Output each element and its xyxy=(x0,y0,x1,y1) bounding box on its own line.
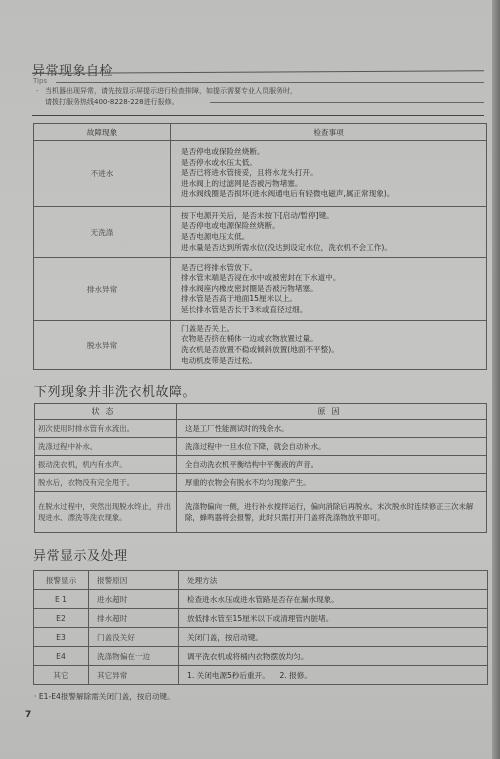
table-header-row: 状态 原因 xyxy=(35,404,487,420)
reason-cell: 洗涤过程中一旦水位下降，就会自动补水。 xyxy=(177,438,487,456)
check-item: 是否已将排水管放下。 xyxy=(181,263,486,274)
column-header-cause: 报警原因 xyxy=(89,571,179,590)
check-item: 排水管是否高于地面15厘米以上。 xyxy=(181,294,486,305)
state-cell: 振动洗衣机，机内有水声。 xyxy=(35,456,177,474)
section-title-error-codes: 异常显示及处理 xyxy=(33,545,128,564)
check-item: 是否已将进水管接妥，且将水龙头打开。 xyxy=(181,168,486,179)
error-cause-cell: 排水超时 xyxy=(89,609,179,628)
table-row: 初次使用时排水管有水流出。 这是工厂性能测试时的残余水。 xyxy=(35,420,487,438)
table-row: 洗涤过程中补水。 洗涤过程中一旦水位下降，就会自动补水。 xyxy=(35,438,487,456)
error-cause-cell: 洗涤物偏在一边 xyxy=(89,647,179,666)
error-action-cell: 调平洗衣机或将桶内衣物摆放均匀。 xyxy=(179,647,488,666)
table-row: 脱水异常 门盖是否关上。 衣物是否挤在桶体一边或衣物放置过量。 洗衣机是否放置不… xyxy=(34,321,487,370)
symptom-cell: 不进水 xyxy=(34,141,171,207)
column-header-symptom: 故障现象 xyxy=(34,124,171,141)
error-code-cell: E 1 xyxy=(34,590,89,609)
troubleshoot-table: 故障现象 检查事项 不进水 是否停电或保险丝烧断。 是否停水或水压太低。 是否已… xyxy=(33,123,487,370)
checks-cell: 门盖是否关上。 衣物是否挤在桶体一边或衣物放置过量。 洗衣机是否放置不稳或倾斜放… xyxy=(171,321,487,370)
error-code-table: 报警显示 报警原因 处理方法 E 1 进水超时 检查进水水压或进水管路是否存在漏… xyxy=(33,570,488,685)
symptom-cell: 无洗涤 xyxy=(34,207,171,258)
error-action-cell: 检查进水水压或进水管路是否存在漏水现象。 xyxy=(179,590,488,609)
reason-cell: 厚重的衣物会有脱水不均匀现象产生。 xyxy=(177,474,487,492)
tips-end-rule xyxy=(210,102,484,103)
error-cause-cell: 门盖没关好 xyxy=(89,628,179,647)
error-action-cell: 放低排水管至15厘米以下或清理管内脏堵。 xyxy=(179,609,488,628)
table-row: 振动洗衣机，机内有水声。 全自动洗衣机平衡结构中平衡液的声音。 xyxy=(35,456,487,474)
tips-bullet: · xyxy=(36,86,38,96)
check-item: 是否停水或水压太低。 xyxy=(181,158,486,169)
check-item: 进水阀线圈是否损坏(进水阀通电后有轻微电磁声,属正常现象)。 xyxy=(181,189,486,200)
error-code-cell: E2 xyxy=(34,609,89,628)
check-item: 是否电源电压太低。 xyxy=(181,232,486,243)
column-header-checks: 检查事项 xyxy=(171,124,487,141)
check-item: 电动机皮带是否过松。 xyxy=(181,356,486,367)
state-cell: 洗涤过程中补水。 xyxy=(35,438,177,456)
page-number: 7 xyxy=(25,710,31,720)
check-item: 是否停电或保险丝烧断。 xyxy=(181,147,486,158)
footnote: · E1-E4报警解除需关闭门盖，按启动键。 xyxy=(34,691,175,702)
symptom-cell: 排水异常 xyxy=(34,258,171,321)
tips-line-2: 请拨打服务热线400-8228-228进行报修。 xyxy=(45,97,179,107)
check-item: 排水管末端是否浸在水中或被密封在下水道中。 xyxy=(181,273,486,284)
table-row: 不进水 是否停电或保险丝烧断。 是否停水或水压太低。 是否已将进水管接妥，且将水… xyxy=(34,141,487,207)
symptom-cell: 脱水异常 xyxy=(34,321,171,370)
table-row: 在脱水过程中，突然出现脱水终止，并出现进水、漂洗等洗衣现象。 洗涤物偏向一侧，进… xyxy=(35,492,487,533)
table-row: 排水异常 是否已将排水管放下。 排水管末端是否浸在水中或被密封在下水道中。 排水… xyxy=(34,258,487,321)
check-item: 是否停电或电源保险丝烧断。 xyxy=(181,221,486,232)
page-edge-shadow xyxy=(492,0,500,759)
state-cell: 初次使用时排水管有水流出。 xyxy=(35,420,177,438)
table-row: 无洗涤 按下电源开关后，是否未按下[启动/暂停]键。 是否停电或电源保险丝烧断。… xyxy=(34,207,487,258)
table-row: E 1 进水超时 检查进水水压或进水管路是否存在漏水现象。 xyxy=(34,590,488,609)
reason-cell: 洗涤物偏向一侧，进行补水搅拌运行，偏向消除后再脱水。末次脱水时连续修正三次未解除… xyxy=(177,492,487,533)
error-cause-cell: 进水超时 xyxy=(89,590,179,609)
checks-cell: 按下电源开关后，是否未按下[启动/暂停]键。 是否停电或电源保险丝烧断。 是否电… xyxy=(171,207,487,258)
tips-label: Tips xyxy=(33,77,47,85)
table-row: E3 门盖没关好 关闭门盖，按启动键。 xyxy=(34,628,488,647)
error-action-cell: 关闭门盖，按启动键。 xyxy=(179,628,488,647)
error-code-cell: 其它 xyxy=(34,666,89,685)
checks-cell: 是否已将排水管放下。 排水管末端是否浸在水中或被密封在下水道中。 排水阀座内橡皮… xyxy=(171,258,487,321)
column-header-state: 状态 xyxy=(35,404,177,420)
check-item: 按下电源开关后，是否未按下[启动/暂停]键。 xyxy=(181,211,486,222)
state-cell: 脱水后，衣物没有完全甩干。 xyxy=(35,474,177,492)
state-cell: 在脱水过程中，突然出现脱水终止，并出现进水、漂洗等洗衣现象。 xyxy=(35,492,177,533)
reason-cell: 全自动洗衣机平衡结构中平衡液的声音。 xyxy=(177,456,487,474)
table-row: E2 排水超时 放低排水管至15厘米以下或清理管内脏堵。 xyxy=(34,609,488,628)
check-item: 洗衣机是否放置不稳或倾斜放置(地面不平整)。 xyxy=(181,345,486,356)
check-item: 进水量是否达到所需水位(没达到设定水位，洗衣机不会工作)。 xyxy=(181,243,486,254)
table-header-row: 故障现象 检查事项 xyxy=(34,124,487,141)
non-fault-table: 状态 原因 初次使用时排水管有水流出。 这是工厂性能测试时的残余水。 洗涤过程中… xyxy=(34,403,487,533)
column-header-action: 处理方法 xyxy=(179,571,488,590)
check-item: 门盖是否关上。 xyxy=(181,324,486,335)
table-row: 脱水后，衣物没有完全甩干。 厚重的衣物会有脱水不均匀现象产生。 xyxy=(35,474,487,492)
table-row: 其它 其它异常 1. 关闭电源5秒后重开。 2. 报修。 xyxy=(34,666,488,685)
reason-cell: 这是工厂性能测试时的残余水。 xyxy=(177,420,487,438)
table1-top-rule xyxy=(32,115,484,116)
tips-rule xyxy=(56,82,484,83)
section-title-not-faults: 下列现象并非洗衣机故障。 xyxy=(34,381,196,400)
table-header-row: 报警显示 报警原因 处理方法 xyxy=(34,571,488,590)
column-header-code: 报警显示 xyxy=(34,571,89,590)
error-cause-cell: 其它异常 xyxy=(89,666,179,685)
check-item: 进水阀上的过滤网是否被污物堵塞。 xyxy=(181,179,486,190)
error-code-cell: E4 xyxy=(34,647,89,666)
column-header-reason: 原因 xyxy=(177,404,487,420)
check-item: 衣物是否挤在桶体一边或衣物放置过量。 xyxy=(181,334,486,345)
error-action-cell: 1. 关闭电源5秒后重开。 2. 报修。 xyxy=(179,666,488,685)
tips-line-1: 当机器出现异常，请先按显示屏提示进行检查排障，如提示需要专业人员服务时， xyxy=(45,86,297,96)
check-item: 排水阀座内橡皮密封圈是否被污物堵塞。 xyxy=(181,284,486,295)
check-item: 延长排水管是否长于3米或直径过细。 xyxy=(181,305,486,316)
error-code-cell: E3 xyxy=(34,628,89,647)
table-row: E4 洗涤物偏在一边 调平洗衣机或将桶内衣物摆放均匀。 xyxy=(34,647,488,666)
checks-cell: 是否停电或保险丝烧断。 是否停水或水压太低。 是否已将进水管接妥，且将水龙头打开… xyxy=(171,141,487,207)
